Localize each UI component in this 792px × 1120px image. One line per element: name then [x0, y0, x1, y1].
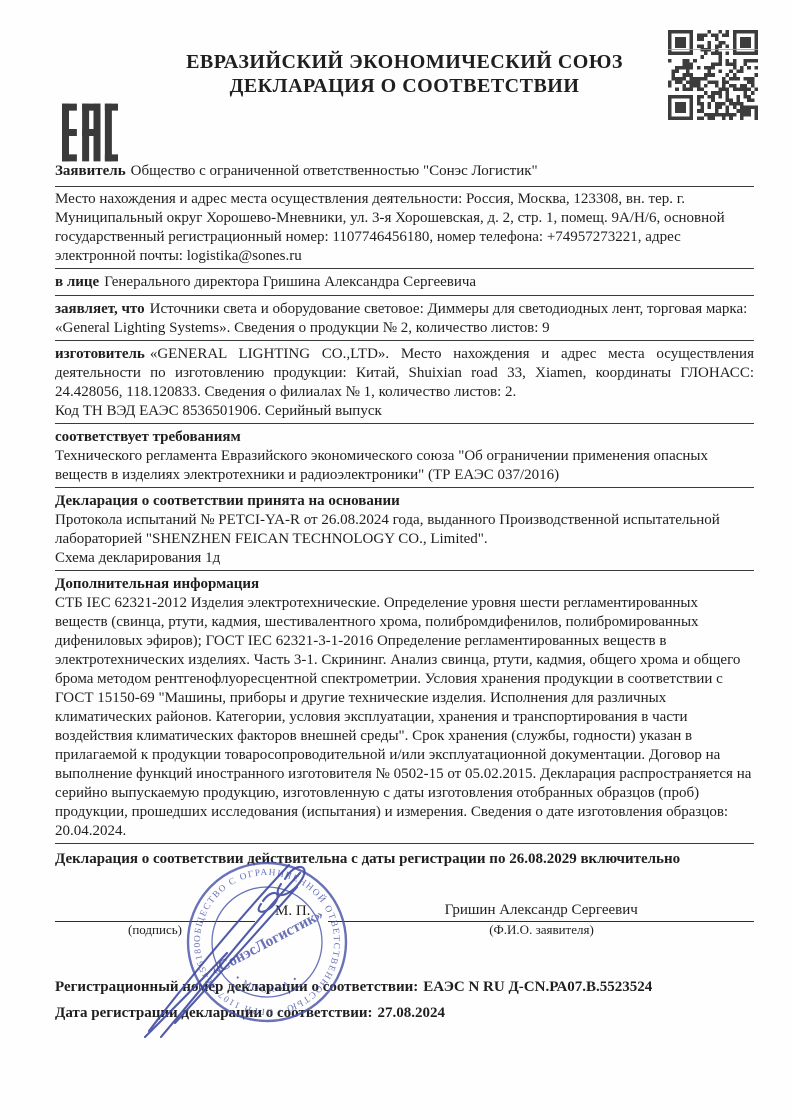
section-declares: заявляет, чтоИсточники света и оборудова…	[55, 296, 754, 341]
qr-code-icon	[668, 28, 758, 122]
signature-caption: (подпись)	[55, 922, 255, 938]
name-caption: (Ф.И.О. заявителя)	[329, 922, 754, 938]
address-text: Место нахождения и адрес места осуществл…	[55, 191, 725, 264]
scheme-line: Схема декларирования 1д	[55, 549, 754, 568]
compliance-heading: соответствует требованиям	[55, 428, 754, 447]
registration-number-label: Регистрационный номер декларации о соотв…	[55, 979, 418, 995]
declares-label: заявляет, что	[55, 301, 145, 317]
manufacturer-label: изготовитель	[55, 346, 145, 362]
section-compliance: соответствует требованиям Технического р…	[55, 424, 754, 488]
doc-title: ДЕКЛАРАЦИЯ О СООТВЕТСТВИИ	[55, 74, 754, 98]
applicant-value: Общество с ограниченной ответственностью…	[131, 163, 538, 179]
signer-name: Гришин Александр Сергеевич	[328, 901, 754, 922]
section-representative: в лицеГенерального директора Гришина Але…	[55, 269, 754, 296]
scan-artifact	[668, 49, 758, 50]
eac-mark-icon	[62, 103, 118, 168]
section-manufacturer: изготовитель«GENERAL LIGHTING CO.,LTD». …	[55, 341, 754, 424]
signature-block: М. П. Гришин Александр Сергеевич (подпис…	[55, 901, 754, 938]
compliance-text: Технического регламента Евразийского эко…	[55, 447, 754, 485]
representative-value: Генерального директора Гришина Александр…	[104, 274, 476, 290]
registration-date-value: 27.08.2024	[378, 1005, 446, 1021]
signature-line	[55, 902, 255, 922]
declaration-page: ЕВРАЗИЙСКИЙ ЭКОНОМИЧЕСКИЙ СОЮЗ ДЕКЛАРАЦИ…	[0, 0, 792, 1120]
representative-label: в лице	[55, 274, 99, 290]
mp-label: М. П.	[275, 902, 310, 921]
registration-date-label: Дата регистрации декларации о соответств…	[55, 1005, 373, 1021]
registration-number-value: ЕАЭС N RU Д-CN.РА07.В.5523524	[423, 979, 652, 995]
validity-line: Декларация о соответствии действительна …	[55, 844, 754, 869]
registration-number-line: Регистрационный номер декларации о соотв…	[55, 978, 754, 997]
manufacturer-text: «GENERAL LIGHTING CO.,LTD». Место нахожд…	[55, 346, 754, 400]
section-basis: Декларация о соответствии принята на осн…	[55, 488, 754, 571]
union-title: ЕВРАЗИЙСКИЙ ЭКОНОМИЧЕСКИЙ СОЮЗ	[55, 50, 754, 74]
additional-heading: Дополнительная информация	[55, 575, 754, 594]
basis-text: Протокола испытаний № PETCI-YA-R от 26.0…	[55, 511, 754, 549]
declares-text: Источники света и оборудование световое:…	[55, 301, 747, 336]
section-additional: Дополнительная информация СТБ IEC 62321-…	[55, 571, 754, 844]
section-applicant: ЗаявительОбщество с ограниченной ответст…	[55, 162, 754, 187]
registration-date-line: Дата регистрации декларации о соответств…	[55, 1004, 754, 1023]
tnved-code-line: Код ТН ВЭД ЕАЭС 8536501906. Серийный вып…	[55, 402, 754, 421]
section-address: Место нахождения и адрес места осуществл…	[55, 187, 754, 269]
company-stamp: ОБЩЕСТВО С ОГРАНИЧЕННОЙ ОТВЕТСТВЕННОСТЬЮ…	[182, 857, 352, 1027]
basis-heading: Декларация о соответствии принята на осн…	[55, 492, 754, 511]
additional-text: СТБ IEC 62321-2012 Изделия электротехнич…	[55, 594, 754, 841]
